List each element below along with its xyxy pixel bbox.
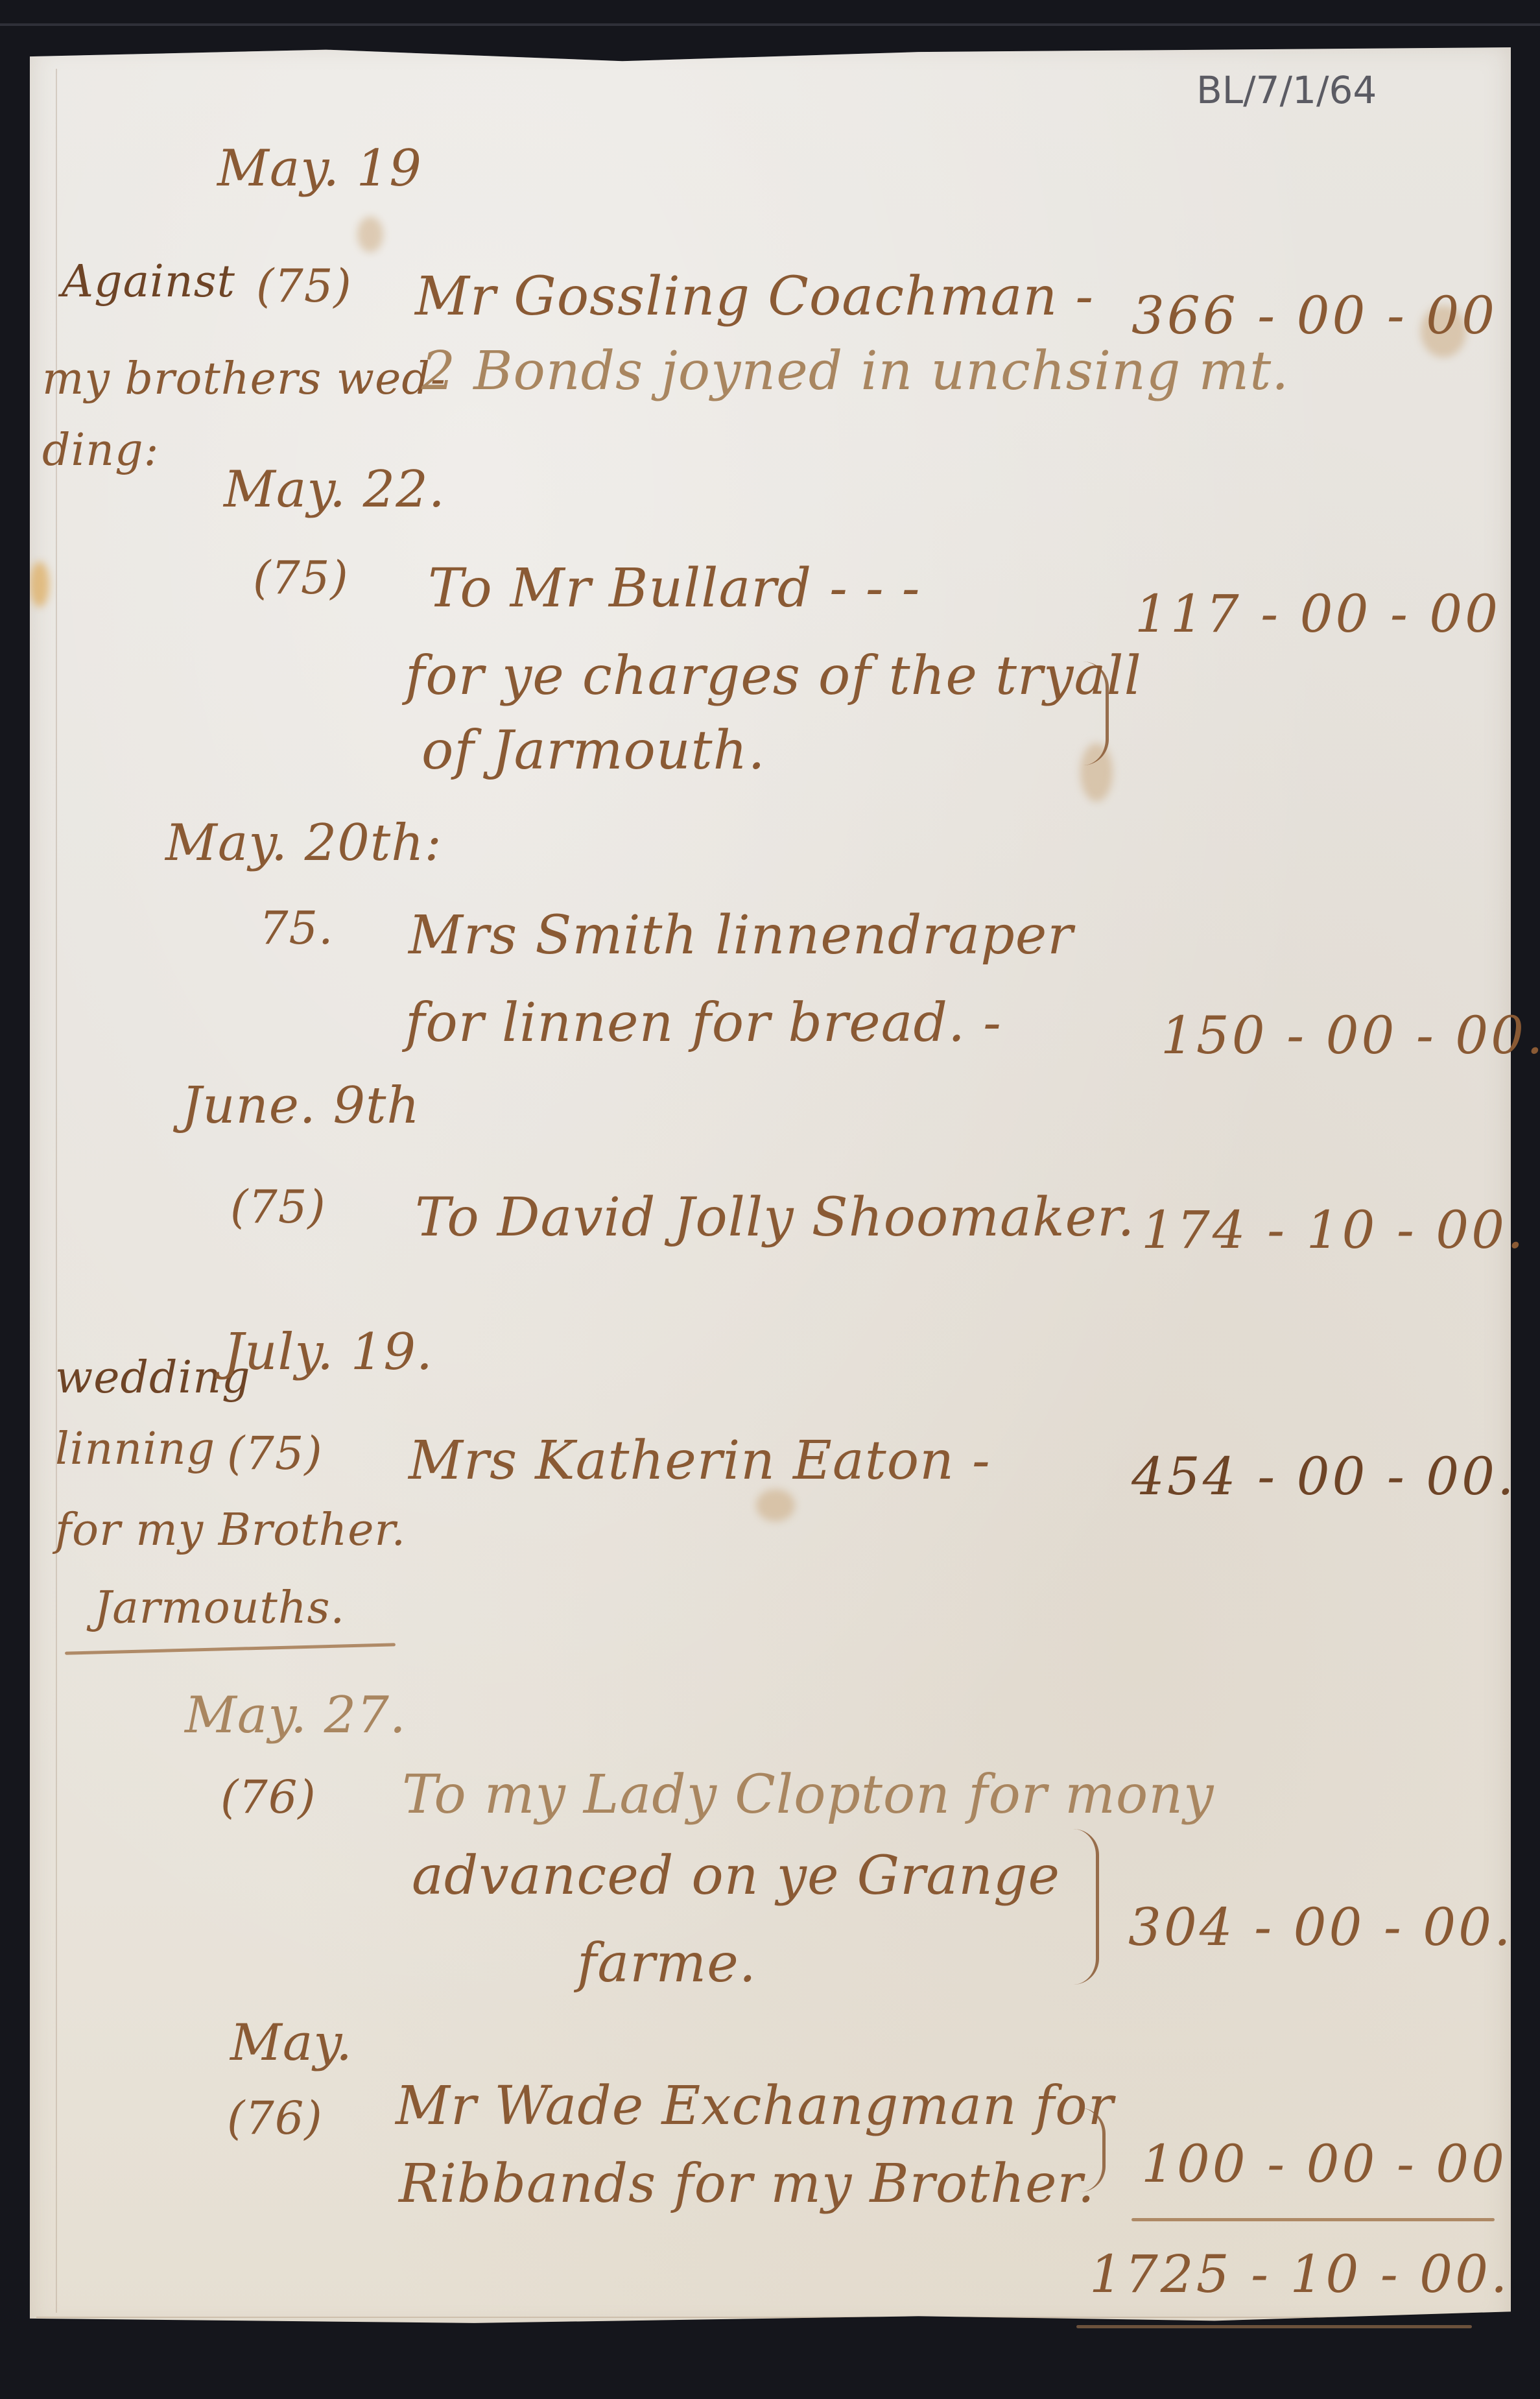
ink-stain (357, 217, 383, 252)
margin-note-line: Against (62, 256, 235, 307)
margin-note-line: my brothers wed- (42, 353, 446, 405)
total-amount: 1725 - 10 - 00. (1089, 2244, 1510, 2304)
entry-description: Mr Gossling Coachman - (415, 266, 1094, 328)
entry-amount: 100 - 00 - 00 (1141, 2134, 1507, 2194)
bracket (1070, 1829, 1099, 1985)
entry-date: May. 22. (224, 460, 445, 519)
entry-year: (76) (220, 1771, 316, 1824)
entry-year: 75. (259, 901, 333, 955)
entry-amount: 174 - 10 - 00. (1141, 1200, 1526, 1260)
entry-year: (75) (256, 259, 352, 313)
entry-description: farme. (577, 1933, 757, 1994)
archive-reference: BL/7/1/64 (1196, 68, 1377, 112)
entry-date: June. 9th (182, 1077, 420, 1135)
entry-date: May. 19 (217, 139, 422, 198)
margin-note-line: Jarmouths. (94, 1582, 345, 1634)
margin-note-line: linning (55, 1424, 215, 1475)
entry-amount: 454 - 00 - 00. (1131, 1446, 1517, 1507)
entry-amount: 117 - 00 - 00 (1135, 584, 1500, 644)
entry-description: Ribbands for my Brother. (399, 2153, 1095, 2215)
entry-description: for ye charges of the tryall (405, 645, 1142, 707)
paper-fold-left (56, 69, 57, 2313)
ink-stain (756, 1489, 795, 1522)
entry-date: May. (230, 2014, 353, 2072)
entry-year: (75) (230, 1180, 326, 1234)
entry-description: for linnen for bread. - (405, 992, 1002, 1054)
entry-date: May. 27. (185, 1686, 407, 1745)
entry-year: (75) (227, 1427, 323, 1480)
mount-board-edge (0, 23, 1540, 26)
entry-description: To Mr Bullard - - - (428, 558, 920, 619)
entry-date: May. 20th: (165, 814, 442, 872)
ink-stain (30, 562, 49, 607)
entry-year: (76) (227, 2092, 323, 2145)
entry-year: (75) (253, 551, 349, 604)
bracket (1080, 662, 1109, 765)
margin-note-line: ding: (42, 425, 160, 476)
entry-description: 2 Bonds joyned in unchsing mt. (421, 340, 1289, 402)
entry-description: advanced on ye Grange (412, 1845, 1060, 1907)
entry-amount: 304 - 00 - 00. (1128, 1897, 1513, 1957)
entry-description: To David Jolly Shoomaker. (415, 1187, 1135, 1248)
entry-description: of Jarmouth. (421, 720, 766, 782)
margin-note-line: wedding (55, 1352, 251, 1403)
entry-date: July. 19. (224, 1323, 433, 1381)
entry-description: Mrs Smith linnendraper (409, 905, 1074, 966)
total-rule-top (1131, 2218, 1495, 2221)
margin-note-line: for my Brother. (55, 1505, 406, 1556)
entry-amount: 150 - 00 - 00. (1161, 1005, 1540, 1066)
entry-amount: 366 - 00 - 00 (1131, 285, 1497, 346)
entry-description: To my Lady Clopton for mony (402, 1764, 1214, 1826)
bracket (1076, 2108, 1106, 2192)
entry-description: Mrs Katherin Eaton - (409, 1430, 991, 1492)
paper-fold-bottom (36, 2317, 1504, 2318)
total-rule-bottom (1076, 2325, 1472, 2328)
entry-description: Mr Wade Exchangman for (396, 2075, 1114, 2137)
